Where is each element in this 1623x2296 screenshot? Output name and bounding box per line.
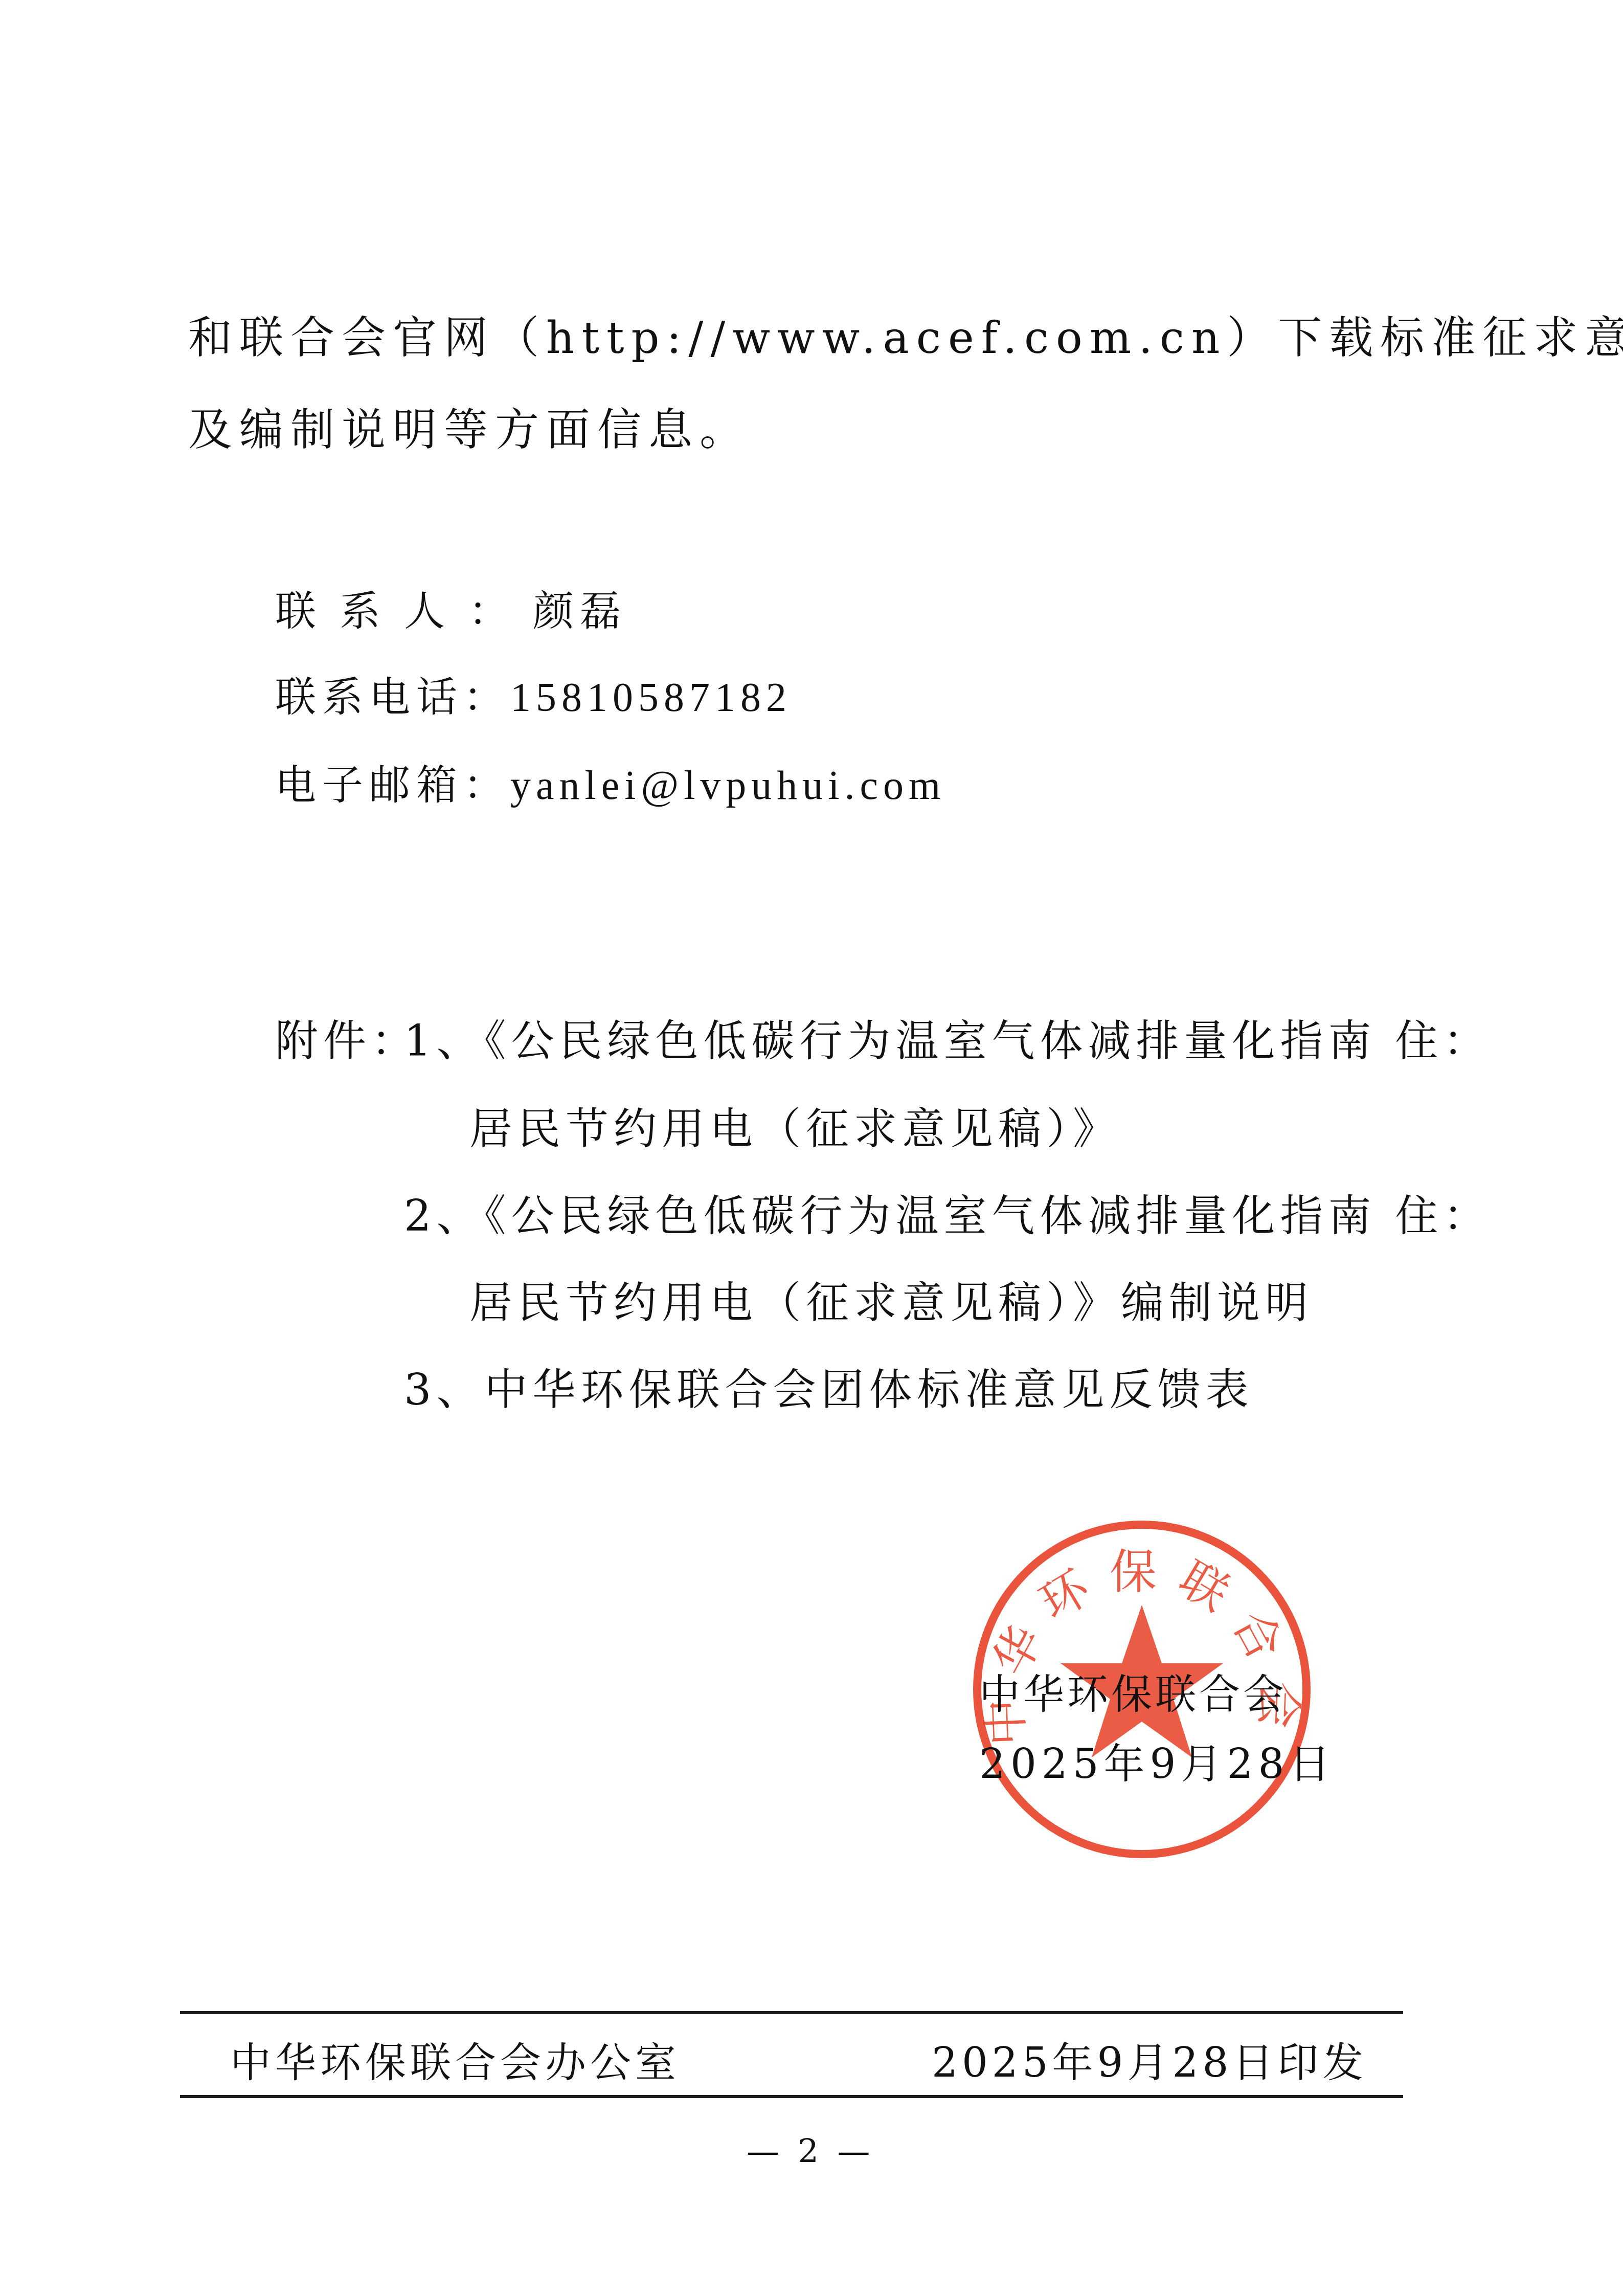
footer-issuer: 中华环保联合会办公室 <box>230 2030 680 2088</box>
attachment-title: 中华环保联合会团体标准意见反馈表 <box>484 1365 1253 1415</box>
attachment-title: 《公民绿色低碳行为温室气体减排量化指南 住： <box>484 1191 1491 1241</box>
attachment-number: 3、 <box>404 1365 484 1415</box>
contact-email-value: yanlei@lvpuhui.com <box>510 763 945 808</box>
attachment-item-2: 2、《公民绿色低碳行为温室气体减排量化指南 住： <box>404 1182 1491 1243</box>
footer-bottom-rule <box>180 2095 1403 2098</box>
contact-person-label: 联系人： <box>275 587 533 635</box>
attachment-title: 《公民绿色低碳行为温室气体减排量化指南 住： <box>484 1016 1491 1066</box>
attachments-label: 附件： <box>275 1007 419 1068</box>
paragraph-line: 及编制说明等方面信息。 <box>188 408 751 452</box>
attachment-item-1: 1、《公民绿色低碳行为温室气体减排量化指南 住： <box>404 1007 1491 1068</box>
page-number: — 2 — <box>747 2133 874 2171</box>
attachment-item-3: 3、中华环保联合会团体标准意见反馈表 <box>404 1355 1253 1417</box>
signature-organization: 中华环保联合会 <box>979 1661 1287 1720</box>
attachment-item-1-continuation: 居民节约用电（征求意见稿）》 <box>469 1095 1121 1156</box>
contact-email-label: 电子邮箱： <box>275 761 510 809</box>
contact-phone-label: 联系电话： <box>275 673 510 721</box>
footer-top-rule <box>180 2011 1403 2014</box>
contact-person-row: 联系人：颜磊 <box>275 578 627 637</box>
contact-phone-row: 联系电话：15810587182 <box>275 664 792 723</box>
attachment-number: 1、 <box>404 1016 484 1066</box>
attachment-item-2-continuation: 居民节约用电（征求意见稿）》编制说明 <box>469 1268 1313 1330</box>
contact-person-value: 颜磊 <box>533 587 627 635</box>
footer-issue-date: 2025年9月28日印发 <box>932 2030 1367 2088</box>
signature-date: 2025年9月28日 <box>979 1731 1335 1790</box>
paragraph-line: 和联合会官网（http://www.acef.com.cn）下载标准征求意见稿 <box>188 316 1623 360</box>
contact-email-row: 电子邮箱：yanlei@lvpuhui.com <box>275 752 945 811</box>
contact-phone-value: 15810587182 <box>510 675 792 720</box>
attachment-number: 2、 <box>404 1191 484 1241</box>
